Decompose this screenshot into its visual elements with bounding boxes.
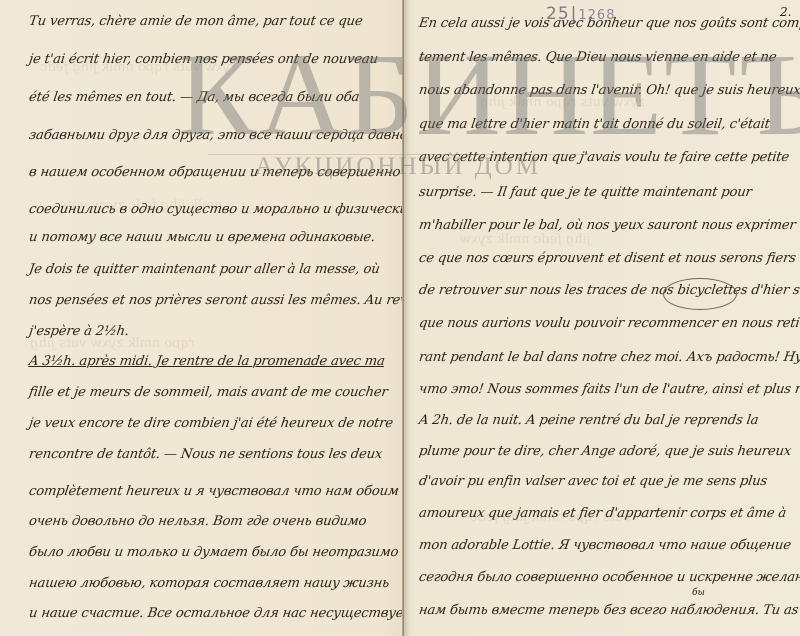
- handwritten-line: что это! Nous sommes faits l'un de l'aut…: [418, 382, 800, 397]
- handwritten-line: mon adorable Lottie. Я чувствовал что на…: [418, 538, 792, 553]
- handwritten-line: ce que nos cœurs éprouvent et disent et …: [418, 251, 797, 266]
- handwritten-line: сегодня было совершенно особенное и искр…: [418, 570, 800, 585]
- handwritten-line: rant pendant le bal dans notre chez moi.…: [418, 350, 800, 365]
- handwritten-line: соединились в одно существо и морально и…: [28, 202, 402, 217]
- handwritten-line: avec cette intention que j'avais voulu t…: [418, 150, 790, 165]
- handwritten-line: нашею любовью, которая составляет нашу ж…: [28, 576, 390, 591]
- right-page: En cela aussi je vois avec bonheur que n…: [404, 0, 800, 636]
- handwritten-line: Tu verras, chère amie de mon âme, par to…: [28, 14, 364, 29]
- archive-number-main: 25: [546, 4, 570, 24]
- handwritten-line: в нашем особенном обращении и теперь сов…: [28, 165, 401, 180]
- handwritten-line: rencontre de tantôt. — Nous ne sentions …: [28, 447, 383, 462]
- handwritten-line: de retrouver sur nous les traces de nos …: [418, 283, 800, 298]
- handwritten-line: нам быть вместе теперь без всего наблюде…: [418, 603, 800, 618]
- handwritten-line: было любви и только и думает было бы нео…: [28, 545, 399, 560]
- handwritten-line: и потому все наши мысли и времена одинак…: [28, 230, 376, 245]
- handwritten-line: je t'ai écrit hier, combien nos pensées …: [28, 52, 379, 67]
- letter-scan: zyxw vuts rqpo nmlk jihg fedc nmlk jihg …: [0, 0, 800, 636]
- handwritten-line: tement les mêmes. Que Dieu nous vienne e…: [418, 50, 777, 65]
- handwritten-line: j'espère à 2½h.: [28, 324, 130, 339]
- handwritten-line: complètement heureux и я чувствовал что …: [28, 484, 400, 499]
- handwritten-line-dated: A 2h. de la nuit. A peine rentré du bal …: [418, 413, 759, 428]
- handwritten-line: очень довольно до нельзя. Вот где очень …: [28, 514, 367, 529]
- archive-number-sub: 1268: [578, 8, 615, 23]
- handwritten-line: que ma lettre d'hier matin t'ait donné d…: [418, 117, 771, 132]
- archive-number: 25|1268: [546, 4, 615, 24]
- handwritten-line: m'habiller pour le bal, où nos yeux saur…: [418, 218, 797, 233]
- handwritten-line: Je dois te quitter maintenant pour aller…: [28, 262, 381, 277]
- handwritten-line: été les mêmes en tout. — Да, мы всегда б…: [28, 90, 360, 105]
- handwritten-line: surprise. — Il faut que je te quitte mai…: [418, 185, 753, 200]
- handwritten-line: забавными друг для друга, это все наши с…: [28, 128, 402, 143]
- handwritten-line: d'avoir pu enfin valser avec toi et que …: [418, 474, 768, 489]
- handwritten-line: que nous aurions voulu pouvoir recommenc…: [418, 316, 800, 331]
- pencil-circle-annotation: [663, 278, 737, 310]
- handwritten-line: je veux encore te dire combien j'ai été …: [28, 416, 394, 431]
- handwritten-line: nous abandonne pas dans l'avenir. Oh! qu…: [418, 83, 800, 98]
- handwritten-line: и наше счастие. Все остальное для нас не…: [28, 606, 402, 621]
- handwritten-line: amoureux que jamais et fier d'appartenir…: [418, 506, 787, 521]
- handwritten-line: fille et je meurs de sommeil, mais avant…: [28, 385, 389, 400]
- handwritten-line: nos pensées et nos prières seront aussi …: [28, 293, 402, 308]
- page-number: 2.: [780, 5, 791, 19]
- interlinear-insertion: бы: [692, 588, 705, 598]
- handwritten-line: plume pour te dire, cher Ange adoré, que…: [418, 444, 792, 459]
- left-page: Tu verras, chère amie de mon âme, par to…: [0, 0, 402, 636]
- handwritten-line-dated: A 3½h. après midi. Je rentre de la prome…: [28, 354, 386, 369]
